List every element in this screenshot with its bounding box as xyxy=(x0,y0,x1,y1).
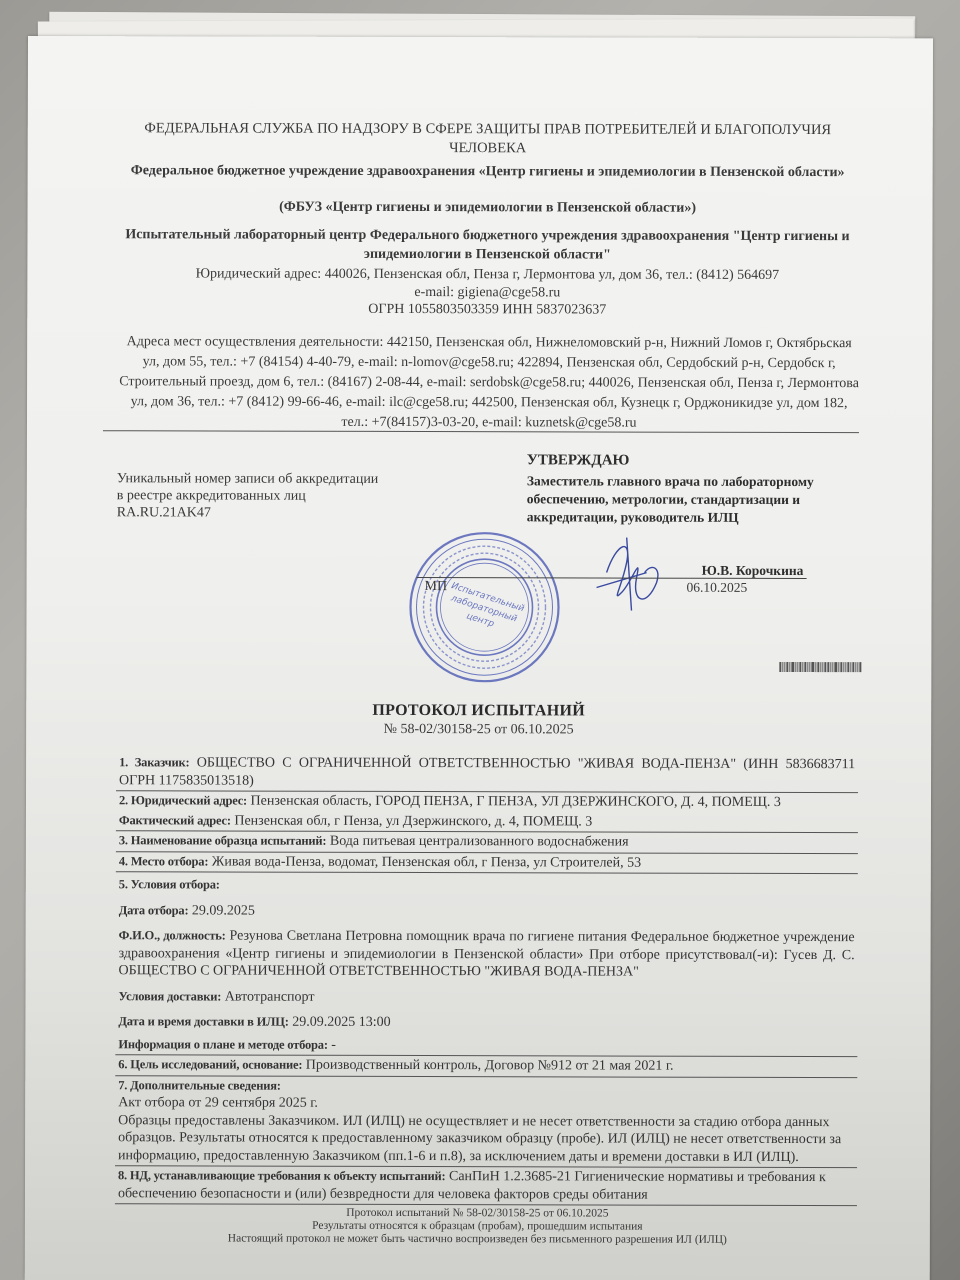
protocol-fields: 1. Заказчик: ОБЩЕСТВО С ОГРАНИЧЕННОЙ ОТВ… xyxy=(115,753,858,1206)
field-value: ОБЩЕСТВО С ОГРАНИЧЕННОЙ ОТВЕТСТВЕННОСТЬЮ… xyxy=(119,755,855,788)
document-page: ФЕДЕРАЛЬНАЯ СЛУЖБА ПО НАДЗОРУ В СФЕРЕ ЗА… xyxy=(25,36,933,1280)
field-value: Вода питьевая централизованного водоснаб… xyxy=(330,834,629,850)
field-value: Пензенская область, ГОРОД ПЕНЗА, Г ПЕНЗА… xyxy=(251,794,781,810)
field-sampling-date: Дата отбора: 29.09.2025 xyxy=(116,898,858,925)
organization-short-name: (ФБУЗ «Центр гигиены и эпидемиологии в П… xyxy=(118,199,858,217)
laboratory-name: Испытательный лабораторный центр Федерал… xyxy=(117,225,857,265)
approval-title: УТВЕРЖДАЮ xyxy=(527,452,857,470)
field-delivery-datetime: Дата и время доставки в ИЛЦ: 29.09.2025 … xyxy=(115,1009,857,1036)
field-label: 3. Наименование образца испытаний: xyxy=(119,833,327,848)
field-value: 29.09.2025 13:00 xyxy=(292,1015,390,1030)
page-footer: Протокол испытаний № 58-02/30158-25 от 0… xyxy=(25,1206,930,1247)
field-actual-address: Фактический адрес: Пензенская обл, г Пен… xyxy=(116,811,858,833)
protocol-number: № 58-02/30158-25 от 06.10.2025 xyxy=(26,721,931,739)
field-label: 1. Заказчик: xyxy=(119,755,189,769)
field-value: Производственный контроль, Договор №912 … xyxy=(306,1058,674,1074)
field-sampling-place: 4. Место отбора: Живая вода-Пенза, водом… xyxy=(116,852,858,874)
field-sampler: Ф.И.О., должность: Резунова Светлана Пет… xyxy=(116,923,858,985)
approval-position: Заместитель главного врача по лабораторн… xyxy=(527,472,857,527)
signer-name: Ю.В. Корочкина xyxy=(702,563,804,579)
legal-address: Юридический адрес: 440026, Пензенская об… xyxy=(117,265,857,284)
field-label: Информация о плане и методе отбора: xyxy=(118,1037,327,1052)
field-label: 7. Дополнительные сведения: xyxy=(118,1077,854,1096)
field-legal-address: 2. Юридический адрес: Пензенская область… xyxy=(116,791,858,812)
field-label: Ф.И.О., должность: xyxy=(119,928,226,942)
field-value: Пензенская обл, г Пенза, ул Дзержинского… xyxy=(234,813,592,829)
field-label: 8. НД, устанавливающие требования к объе… xyxy=(118,1168,446,1183)
field-sample-name: 3. Наименование образца испытаний: Вода … xyxy=(116,831,858,853)
field-label: 2. Юридический адрес: xyxy=(119,793,247,807)
field-label: Условия доставки: xyxy=(118,989,221,1003)
field-label: 4. Место отбора: xyxy=(119,854,209,868)
field-purpose: 6. Цель исследований, основание: Произво… xyxy=(115,1055,857,1077)
field-value: - xyxy=(331,1037,336,1052)
legal-contacts: Юридический адрес: 440026, Пензенская об… xyxy=(117,265,857,319)
approval-block: УТВЕРЖДАЮ Заместитель главного врача по … xyxy=(527,452,857,527)
field-value: Живая вода-Пенза, водомат, Пензенская об… xyxy=(212,854,641,870)
signature-icon xyxy=(586,532,676,612)
accreditation-line-1: Уникальный номер записи об аккредитации xyxy=(117,470,379,488)
field-label: Дата отбора: xyxy=(119,903,189,917)
field-value: 29.09.2025 xyxy=(192,903,255,918)
field-customer: 1. Заказчик: ОБЩЕСТВО С ОГРАНИЧЕННОЙ ОТВ… xyxy=(116,753,858,793)
email: e-mail: gigiena@cge58.ru xyxy=(117,283,857,302)
field-delivery-conditions: Условия доставки: Автотранспорт xyxy=(115,984,857,1011)
field-value-act: Акт отбора от 29 сентября 2025 г. xyxy=(118,1094,854,1113)
barcode-icon xyxy=(779,662,879,672)
accreditation-number: RA.RU.21AK47 xyxy=(117,504,379,522)
activity-sites: Адреса мест осуществления деятельности: … xyxy=(119,332,859,434)
organization-name: Федеральное бюджетное учреждение здравоо… xyxy=(118,161,858,182)
field-sampling-conditions: 5. Условия отбора: xyxy=(116,872,858,899)
field-sampling-plan: Информация о плане и методе отбора: - xyxy=(115,1035,857,1057)
accreditation-line-2: в реестре аккредитованных лиц xyxy=(117,487,379,505)
field-label: 5. Условия отбора: xyxy=(119,877,220,891)
field-normative-docs: 8. НД, устанавливающие требования к объе… xyxy=(115,1166,857,1206)
field-additional-info: 7. Дополнительные сведения: Акт отбора о… xyxy=(115,1076,857,1168)
round-stamp-icon: Испытательный лабораторный центр xyxy=(404,527,564,687)
field-label: Фактический адрес: xyxy=(119,813,231,827)
protocol-title: ПРОТОКОЛ ИСПЫТАНИЙ xyxy=(26,701,931,721)
footer-reproduction-note: Настоящий протокол не может быть частичн… xyxy=(25,1232,930,1247)
field-value-disclaimer: Образцы предоставлены Заказчиком. ИЛ (ИЛ… xyxy=(118,1112,854,1166)
field-label: 6. Цель исследований, основание: xyxy=(118,1057,302,1071)
accreditation-block: Уникальный номер записи об аккредитации … xyxy=(117,470,379,522)
seal-label: МП xyxy=(425,579,448,595)
ogrn-inn: ОГРН 1055803503359 ИНН 5837023637 xyxy=(117,300,857,319)
field-label: Дата и время доставки в ИЛЦ: xyxy=(118,1014,288,1028)
field-value: Автотранспорт xyxy=(225,989,315,1004)
approval-date: 06.10.2025 xyxy=(687,580,748,596)
agency-name: ФЕДЕРАЛЬНАЯ СЛУЖБА ПО НАДЗОРУ В СФЕРЕ ЗА… xyxy=(108,119,868,159)
